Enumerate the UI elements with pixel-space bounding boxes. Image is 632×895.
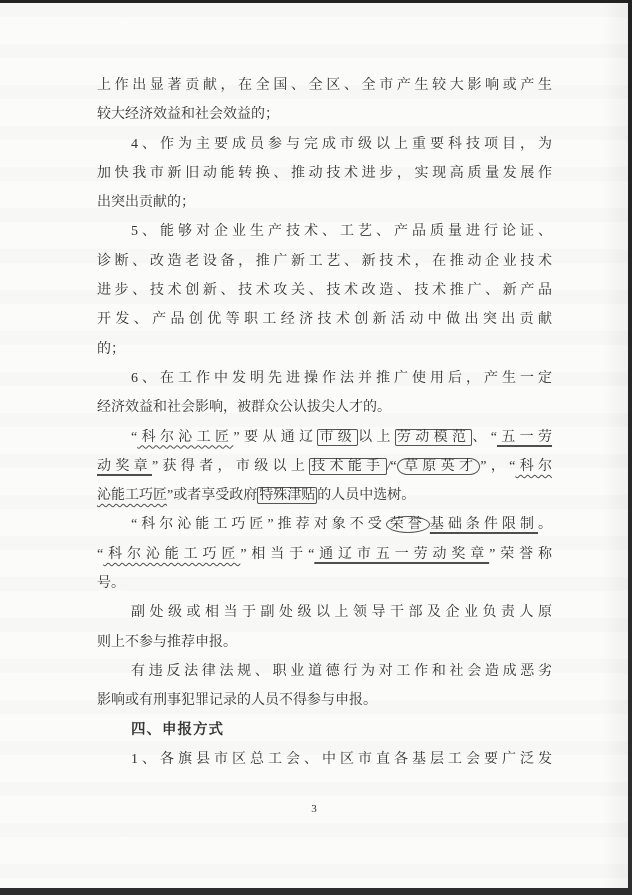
text-line: 出突出贡献的； xyxy=(97,188,552,217)
text-line: “科尔沁能工巧匠”推荐对象不受荣誉基础条件限制。 xyxy=(97,510,552,539)
text-segment: 影响或有刑事犯罪记录的人员不得参与申报。 xyxy=(97,693,377,708)
text-segment: 诊断、改造老设备，推广新工艺、新技术，在推动企业技术 xyxy=(97,254,552,269)
text-segment: 1、各旗县市区总工会、中区市直各基层工会要广泛发 xyxy=(131,752,552,767)
wavy-underlined-term-annotation: 沁能工巧匠 xyxy=(97,488,167,503)
underlined-term-annotation: 基础条件限制 xyxy=(430,517,538,532)
text-segment: 则上不参与推荐申报。 xyxy=(97,635,237,650)
text-segment: “科尔沁能工巧匠”推荐对象不受 xyxy=(131,517,386,532)
text-line: 则上不参与推荐申报。 xyxy=(97,628,552,657)
document-body: 上作出显著贡献，在全国、全区、全市产生较大影响或产生较大经济效益和社会效益的；4… xyxy=(97,71,552,774)
text-segment: 的人员中选树。 xyxy=(317,488,415,503)
underlined-term-annotation: 五一劳 xyxy=(497,430,552,445)
wavy-underlined-term-annotation: 科尔沁能工巧匠 xyxy=(103,547,240,562)
text-segment: ”获得者，市级以上 xyxy=(152,459,309,474)
text-line: “科尔沁工匠”要从通辽市级以上劳动模范、“五一劳 xyxy=(97,423,552,452)
text-segment: ”荣誉称 xyxy=(489,547,552,562)
circled-term-annotation: 草原英才 xyxy=(397,458,481,475)
text-line: 诊断、改造老设备，推广新工艺、新技术，在推动企业技术 xyxy=(97,247,552,276)
text-segment: 进步、技术创新、技术攻关、技术改造、技术推广、新产品 xyxy=(97,283,552,298)
boxed-term-annotation: 特殊津贴 xyxy=(257,487,317,504)
text-line: 号。 xyxy=(97,569,552,598)
text-line: 开发、产品创优等职工经济技术创新活动中做出突出贡献 xyxy=(97,305,552,334)
text-segment: 上作出显著贡献，在全国、全区、全市产生较大影响或产生 xyxy=(97,78,552,93)
text-line: 的； xyxy=(97,335,552,364)
text-line: 进步、技术创新、技术攻关、技术改造、技术推广、新产品 xyxy=(97,276,552,305)
text-segment: 6、在工作中发明先进操作法并推广使用后，产生一定 xyxy=(131,371,552,386)
text-segment: 加快我市新旧动能转换、推动技术进步，实现高质量发展作 xyxy=(97,166,552,181)
text-line: 1、各旗县市区总工会、中区市直各基层工会要广泛发 xyxy=(97,745,552,774)
text-line: 影响或有刑事犯罪记录的人员不得参与申报。 xyxy=(97,686,552,715)
text-line: 沁能工巧匠”或者享受政府特殊津贴的人员中选树。 xyxy=(97,481,552,510)
wavy-underlined-term-annotation: 科尔 xyxy=(515,459,552,474)
text-segment: 四、申报方式 xyxy=(131,722,224,738)
text-line: 有违反法律法规、职业道德行为对工作和社会造成恶劣 xyxy=(97,657,552,686)
boxed-term-annotation: 市级 xyxy=(317,429,358,446)
text-line: 经济效益和社会影响，被群众公认拔尖人才的。 xyxy=(97,393,552,422)
text-line: 5、能够对企业生产技术、工艺、产品质量进行论证、 xyxy=(97,217,552,246)
text-segment: 的； xyxy=(97,342,125,357)
text-segment: 号。 xyxy=(97,576,125,591)
text-line: 6、在工作中发明先进操作法并推广使用后，产生一定 xyxy=(97,364,552,393)
text-segment: 经济效益和社会影响，被群众公认拔尖人才的。 xyxy=(97,400,391,415)
text-segment: 4、作为主要成员参与完成市级以上重要科技项目，为 xyxy=(131,137,552,152)
text-segment: 开发、产品创优等职工经济技术创新活动中做出突出贡献 xyxy=(97,312,552,327)
text-line: 副处级或相当于副处级以上领导干部及企业负责人原 xyxy=(97,598,552,627)
text-segment: 副处级或相当于副处级以上领导干部及企业负责人原 xyxy=(131,605,552,620)
text-line: 4、作为主要成员参与完成市级以上重要科技项目，为 xyxy=(97,130,552,159)
text-line: 加快我市新旧动能转换、推动技术进步，实现高质量发展作 xyxy=(97,159,552,188)
text-segment: 有违反法律法规、职业道德行为对工作和社会造成恶劣 xyxy=(131,664,552,679)
wavy-underlined-term-annotation: 科尔沁工匠 xyxy=(137,430,233,445)
boxed-term-annotation: 技术能手 xyxy=(309,458,386,475)
text-segment: 出突出贡献的； xyxy=(97,195,195,210)
text-line: 四、申报方式 xyxy=(97,716,552,745)
text-segment: ”相当于“ xyxy=(240,547,314,562)
pen-slash-mark: / xyxy=(385,452,392,482)
page-number: 3 xyxy=(0,803,628,815)
underlined-term-annotation: 动奖章 xyxy=(97,459,152,474)
text-line: 动奖章”获得者，市级以上技术能手/“草原英才”，“科尔 xyxy=(97,452,552,481)
scanned-page: 上作出显著贡献，在全国、全区、全市产生较大影响或产生较大经济效益和社会效益的；4… xyxy=(0,0,632,895)
text-segment: ”要从通辽 xyxy=(233,430,317,445)
text-segment: 5、能够对企业生产技术、工艺、产品质量进行论证、 xyxy=(131,224,552,239)
text-segment: 较大经济效益和社会效益的； xyxy=(97,107,279,122)
text-line: 较大经济效益和社会效益的； xyxy=(97,100,552,129)
boxed-term-annotation: 劳动模范 xyxy=(395,429,472,446)
text-line: 上作出显著贡献，在全国、全区、全市产生较大影响或产生 xyxy=(97,71,552,100)
text-segment: ”，“ xyxy=(480,459,515,474)
text-line: “科尔沁能工巧匠”相当于“通辽市五一劳动奖章”荣誉称 xyxy=(97,540,552,569)
text-segment: ”或者享受政府 xyxy=(167,488,257,503)
circled-term-annotation: 荣誉 xyxy=(386,516,430,533)
underlined-term-annotation: 通辽市五一劳动奖章 xyxy=(314,547,489,562)
text-segment: 以上 xyxy=(358,430,395,445)
text-segment: 。 xyxy=(538,517,552,532)
document-page: 上作出显著贡献，在全国、全区、全市产生较大影响或产生较大经济效益和社会效益的；4… xyxy=(0,3,628,888)
text-segment: 、“ xyxy=(472,430,497,445)
